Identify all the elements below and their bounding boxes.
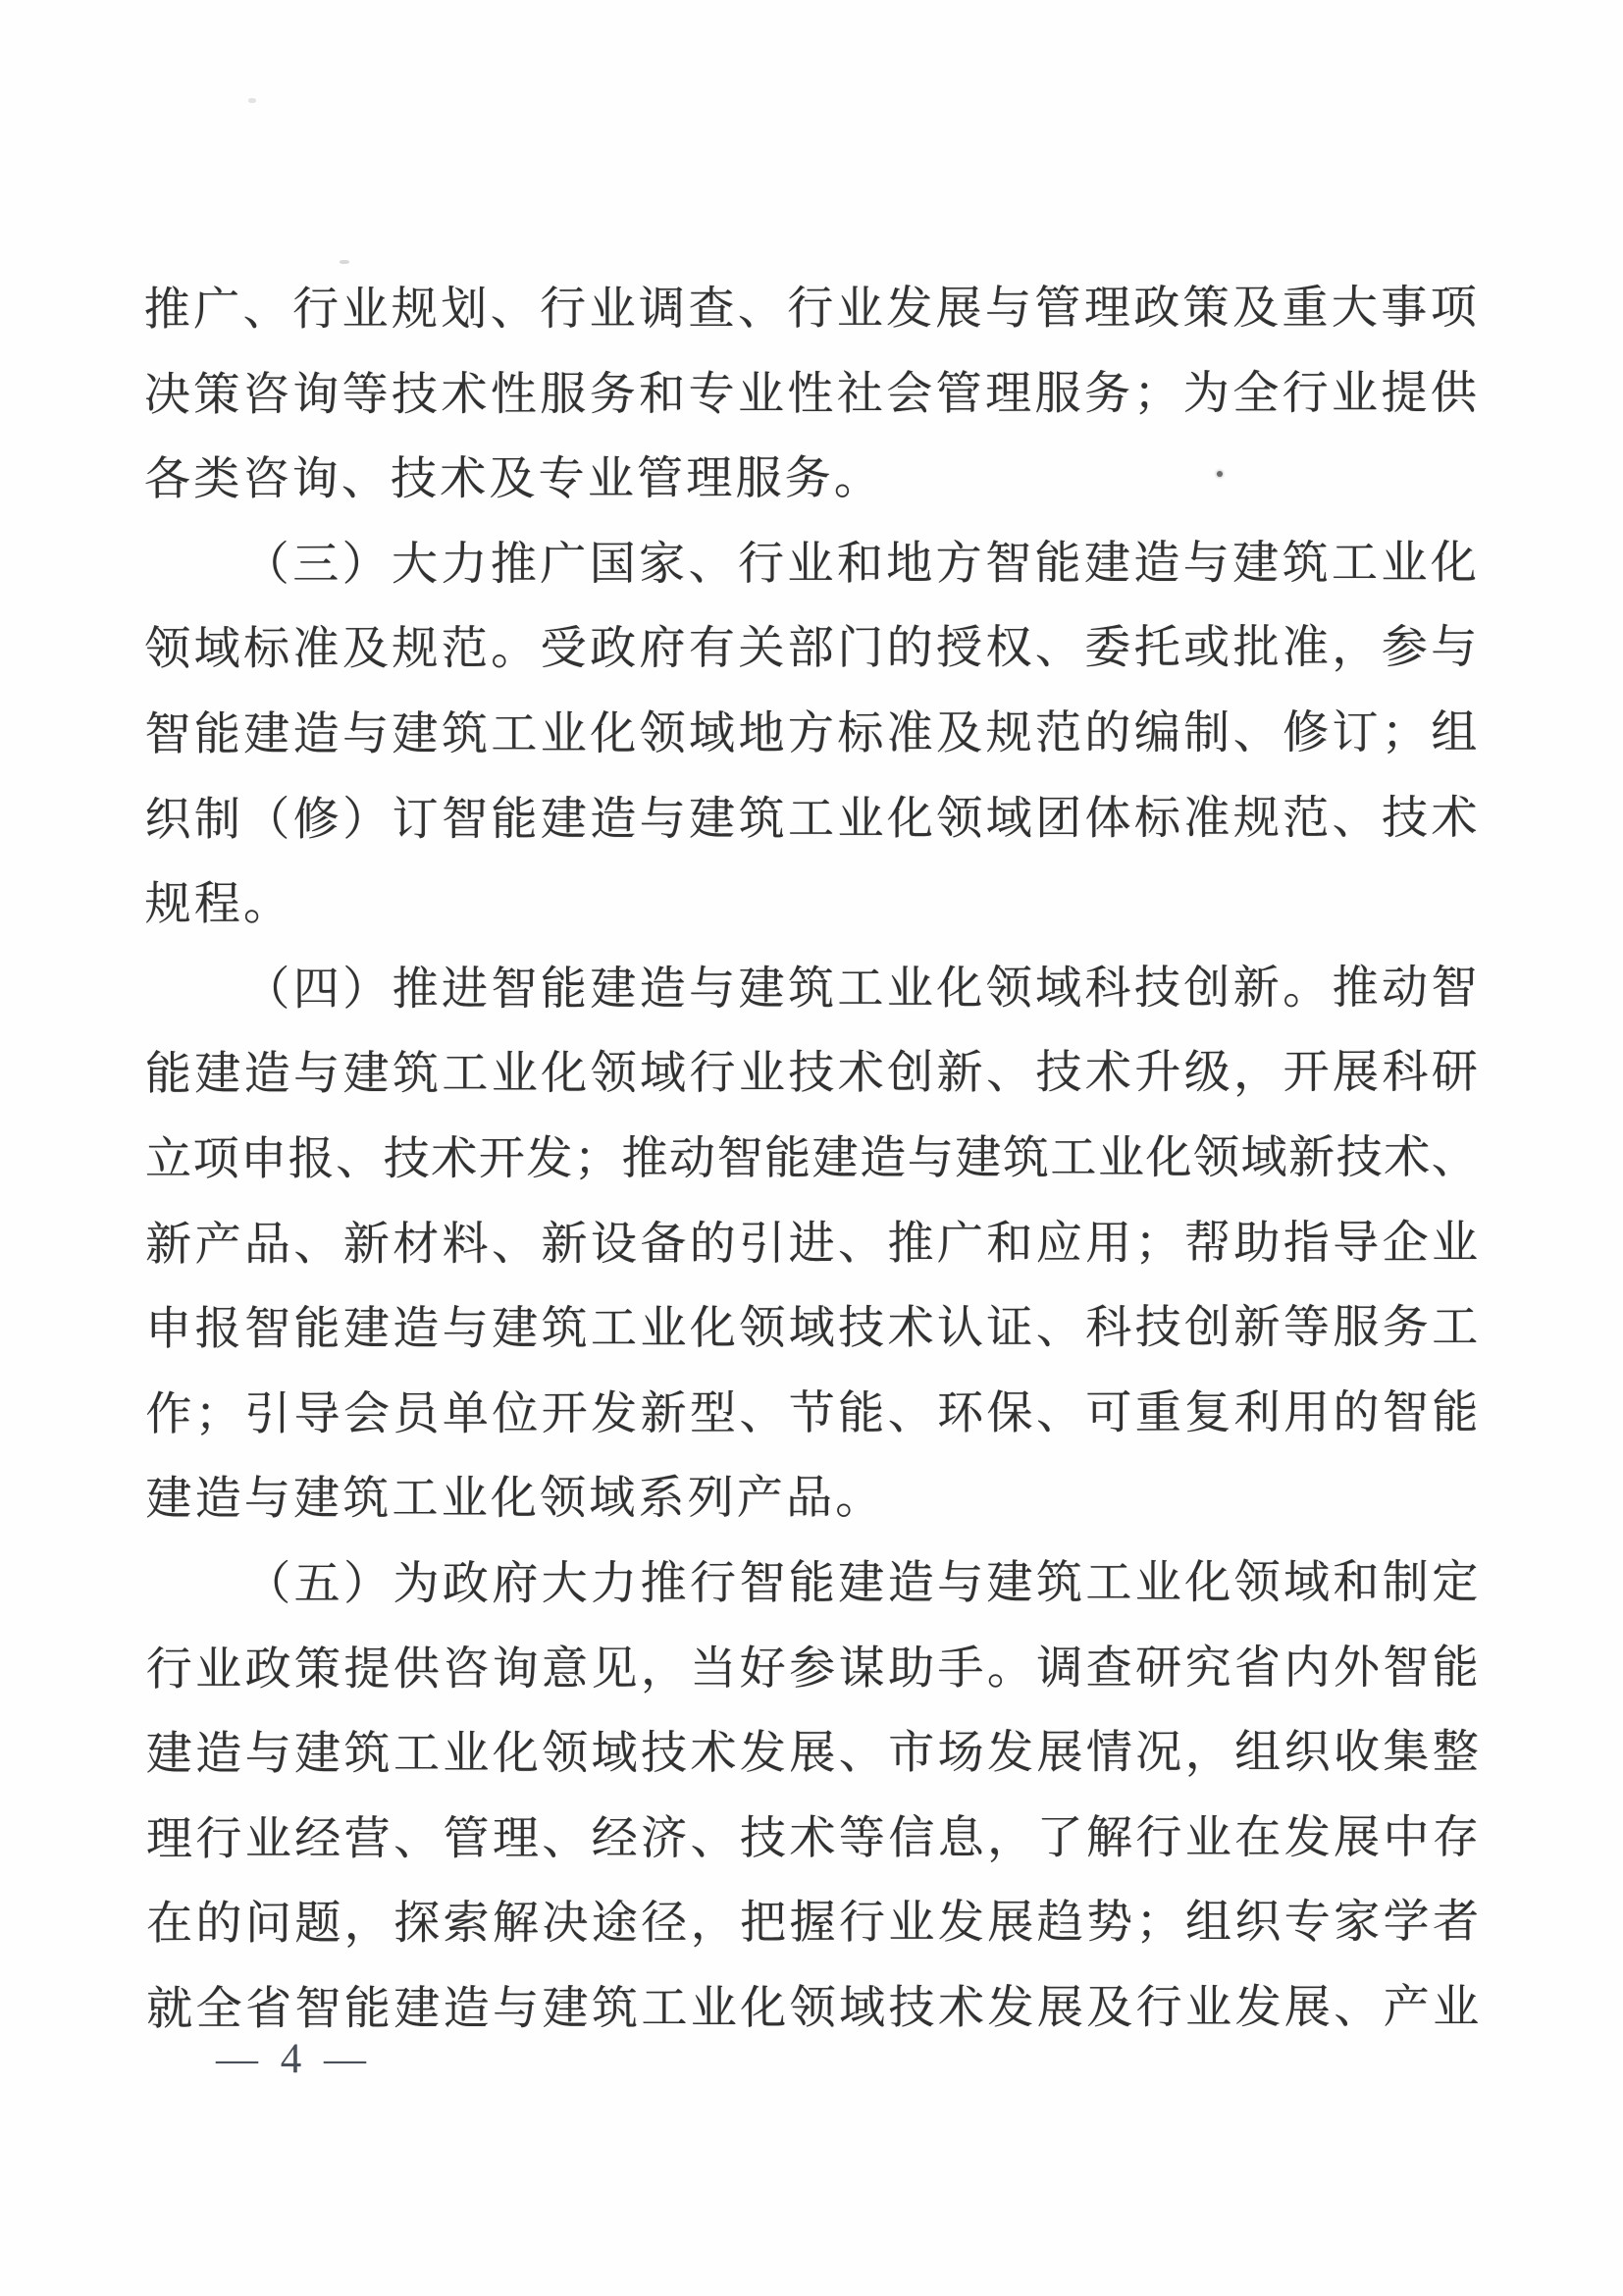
- text-char: 报: [195, 1287, 241, 1373]
- text-char: 专: [688, 352, 734, 438]
- text-char: 领: [986, 946, 1032, 1031]
- text-line: 立项申报、技术开发；推动智能建造与建筑工业化领域新技术、: [145, 1116, 1478, 1202]
- text-char: 发: [740, 1711, 786, 1797]
- text-char: 型: [690, 1372, 736, 1457]
- text-char: 证: [986, 1286, 1032, 1372]
- text-char: 新: [1288, 1116, 1335, 1201]
- text-char: 化: [1431, 521, 1477, 606]
- text-char: 工: [1332, 521, 1378, 606]
- text-char: 工: [1050, 1117, 1096, 1202]
- text-char: 、: [1432, 1116, 1478, 1201]
- text-char: 造: [293, 693, 340, 778]
- text-char: 申: [240, 1118, 287, 1203]
- text-char: 级: [1184, 1031, 1230, 1117]
- text-char: 集: [1383, 1710, 1429, 1796]
- text-char: 询: [292, 352, 339, 438]
- text-line: 建造与建筑工业化领域系列产品。: [145, 1455, 1478, 1541]
- text-char: 域: [1283, 1540, 1330, 1626]
- text-char: 领: [1234, 1540, 1281, 1626]
- text-char: 工: [837, 947, 883, 1032]
- text-char: 术: [1431, 776, 1477, 861]
- text-char: 能: [789, 1541, 835, 1627]
- text-char: 业: [738, 352, 784, 438]
- text-char: ；: [1133, 351, 1179, 437]
- text-char: 术: [888, 1286, 934, 1372]
- text-char: 行: [540, 267, 586, 352]
- text-char: 项: [1431, 266, 1477, 351]
- text-char: 修: [1283, 691, 1329, 776]
- text-char: 行: [787, 267, 833, 352]
- text-char: 社: [837, 351, 883, 437]
- text-char: 筑: [788, 947, 834, 1032]
- text-char: 体: [1084, 776, 1130, 861]
- text-char: 智: [144, 693, 190, 778]
- text-char: 化: [1184, 1540, 1230, 1626]
- text-char: 业: [492, 1032, 538, 1118]
- text-char: 建: [393, 1966, 440, 2052]
- text-char: 理: [493, 1797, 539, 1882]
- text-char: 领: [1193, 1116, 1239, 1201]
- text-char: 策: [294, 1627, 340, 1712]
- text-char: 、: [738, 267, 784, 352]
- text-char: 题: [294, 1882, 340, 1967]
- text-char: 会: [886, 351, 932, 437]
- text-char: 托: [1134, 606, 1180, 692]
- text-char: 家: [639, 522, 685, 607]
- text-char: 帮: [1184, 1201, 1230, 1286]
- text-char: 广: [937, 1201, 983, 1286]
- text-char: 申: [145, 1287, 191, 1373]
- text-char: 究: [1185, 1626, 1231, 1711]
- text-char: 造: [1133, 521, 1179, 606]
- text-char: 业: [1332, 351, 1378, 437]
- text-char: 行: [292, 268, 339, 353]
- text-char: 批: [1232, 606, 1279, 692]
- text-char: 域: [1241, 1116, 1287, 1201]
- text-char: ，: [1332, 606, 1378, 692]
- text-char: 供: [393, 1627, 440, 1712]
- text-char: 推: [621, 1117, 667, 1202]
- text-char: 服: [1333, 1285, 1379, 1371]
- text-char: 升: [1134, 1031, 1180, 1117]
- text-char: 。: [987, 1626, 1033, 1711]
- text-char: 展: [935, 267, 981, 352]
- text-char: 关: [738, 606, 784, 692]
- text-char: 解: [493, 1882, 539, 1967]
- text-char: 业: [887, 947, 933, 1032]
- text-char: 规: [392, 607, 438, 693]
- text-char: 四: [293, 947, 340, 1032]
- text-char: 能: [1433, 1626, 1479, 1711]
- text-char: 与: [443, 1287, 489, 1373]
- text-char: 域: [839, 1966, 885, 2052]
- text-char: 工: [393, 1712, 440, 1798]
- text-char: 智: [491, 947, 537, 1032]
- text-char: 谋: [839, 1626, 885, 1711]
- text-char: 、: [492, 1202, 538, 1287]
- text-char: 化: [493, 1711, 539, 1797]
- text-char: 准: [1183, 776, 1230, 861]
- text-char: 制: [1183, 691, 1230, 776]
- text-char: 场: [938, 1711, 984, 1797]
- text-char: ，: [987, 1796, 1033, 1881]
- text-char: 领: [591, 1032, 637, 1118]
- text-char: 查: [1086, 1626, 1132, 1711]
- text-char: 国: [590, 522, 636, 607]
- text-char: 订: [393, 777, 439, 862]
- text-char: 服: [1034, 351, 1080, 437]
- text-char: ，: [691, 1881, 737, 1966]
- text-char: ）: [342, 522, 389, 607]
- text-char: 领: [936, 776, 982, 861]
- text-char: 及: [342, 607, 389, 693]
- text-char: 助: [1233, 1201, 1280, 1286]
- text-char: 建: [194, 1032, 240, 1118]
- text-char: 导: [294, 1372, 340, 1457]
- text-char: 经: [592, 1797, 638, 1882]
- text-char: 把: [740, 1881, 786, 1966]
- scan-speck: [1217, 471, 1223, 477]
- text-char: 订: [1332, 691, 1378, 776]
- text-char: 设: [591, 1202, 637, 1287]
- text-char: 科: [1084, 946, 1130, 1031]
- text-char: 域: [689, 692, 735, 777]
- text-char: 筑: [393, 1032, 439, 1118]
- text-char: 域: [986, 776, 1032, 861]
- text-char: 、: [1233, 691, 1280, 776]
- text-char: 术: [789, 1797, 835, 1882]
- text-char: ；: [1134, 1201, 1180, 1286]
- text-line: 织制（修）订智能建造与建筑工业化领域团体标准规范、技术: [144, 776, 1477, 862]
- text-char: 策: [193, 352, 239, 438]
- text-char: 能: [1034, 521, 1080, 606]
- text-char: 行: [738, 522, 784, 607]
- text-char: 见: [591, 1627, 637, 1712]
- text-char: 与: [1431, 605, 1477, 691]
- text-char: 的: [887, 606, 933, 692]
- text-char: 筑: [442, 692, 488, 777]
- text-char: 工: [1432, 1285, 1478, 1371]
- text-char: 政: [590, 607, 636, 693]
- text-char: 技: [641, 1711, 687, 1797]
- text-char: 产: [1384, 1965, 1430, 2051]
- text-char: 技: [384, 1117, 430, 1202]
- scanned-document-page: 推广、行业规划、行业调查、行业发展与管理政策及重大事项决策咨询等技术性服务和专业…: [0, 0, 1623, 2296]
- text-char: 握: [790, 1881, 836, 1966]
- text-char: 推: [1333, 946, 1379, 1031]
- text-char: 理: [146, 1798, 192, 1883]
- text-char: 、: [1333, 776, 1379, 861]
- text-char: 领: [790, 1966, 836, 2052]
- text-char: 业: [1185, 1796, 1231, 1881]
- text-char: 、: [243, 268, 289, 353]
- text-char: 筑: [739, 777, 785, 862]
- text-char: 智: [442, 777, 488, 862]
- text-char: 行: [146, 1627, 192, 1712]
- text-char: ）: [342, 947, 389, 1032]
- text-char: 三: [292, 522, 339, 607]
- text-char: 工: [788, 777, 834, 862]
- scan-speck: [248, 98, 256, 103]
- text-char: 术: [838, 1031, 884, 1117]
- text-char: 展: [987, 1881, 1033, 1966]
- text-char: 咨: [443, 1627, 489, 1712]
- text-char: 单: [443, 1372, 489, 1457]
- text-char: 建: [146, 1712, 192, 1798]
- text-char: （: [243, 777, 289, 862]
- text-char: 存: [1433, 1796, 1479, 1881]
- text-char: 为: [393, 1541, 439, 1627]
- text-char: 编: [1134, 691, 1180, 776]
- text-char: 新: [541, 1202, 587, 1287]
- text-char: 规: [392, 268, 438, 353]
- text-char: 、: [739, 1372, 785, 1457]
- text-char: 造: [393, 1287, 439, 1373]
- text-char: 管: [1034, 267, 1080, 352]
- text-char: 用: [1283, 1371, 1330, 1456]
- text-char: 等: [342, 352, 389, 438]
- text-char: 受: [541, 607, 587, 693]
- text-char: 解: [1086, 1796, 1132, 1881]
- text-char: 、: [1036, 1286, 1082, 1372]
- text-char: 组: [1431, 691, 1477, 776]
- text-char: 筑: [1003, 1117, 1049, 1202]
- text-char: 的: [1333, 1371, 1379, 1456]
- text-char: 地: [886, 522, 932, 607]
- text-char: 行: [839, 1881, 885, 1966]
- text-char: 、: [986, 1031, 1032, 1117]
- text-char: 业: [1135, 1540, 1181, 1626]
- text-char: 趋: [1037, 1881, 1083, 1966]
- text-char: 领: [739, 1286, 785, 1372]
- text-char: 行: [1135, 1796, 1181, 1881]
- text-char: 展: [1036, 1711, 1082, 1797]
- text-char: 、: [336, 1118, 382, 1203]
- text-char: 重: [1135, 1371, 1181, 1456]
- text-char: 化: [740, 1966, 786, 2052]
- text-char: 规: [1233, 776, 1280, 861]
- text-char: 务: [1383, 1285, 1429, 1371]
- text-char: 准: [292, 607, 339, 693]
- text-char: 。: [491, 607, 537, 693]
- text-char: 造: [244, 1032, 290, 1118]
- text-char: 、: [1334, 1965, 1380, 2051]
- text-char: 等: [1283, 1285, 1330, 1371]
- text-char: 化: [1145, 1116, 1191, 1201]
- text-char: 化: [690, 1286, 736, 1372]
- text-char: 行: [689, 1031, 735, 1117]
- text-char: 导: [1333, 1201, 1379, 1286]
- text-char: 业: [787, 522, 833, 607]
- text-char: 参: [789, 1626, 835, 1711]
- text-char: 能: [1432, 1371, 1478, 1456]
- text-char: 技: [1134, 946, 1180, 1031]
- text-char: 研: [1432, 1030, 1478, 1116]
- text-char: 、: [542, 1797, 588, 1882]
- text-char: 织: [144, 777, 190, 862]
- text-char: 节: [789, 1372, 835, 1457]
- text-char: 筑: [542, 1286, 588, 1372]
- text-char: 助: [888, 1626, 934, 1711]
- text-char: 推: [887, 1201, 933, 1286]
- text-char: 建: [343, 1287, 390, 1373]
- text-char: 索: [444, 1882, 490, 1967]
- text-char: 团: [1035, 776, 1081, 861]
- text-char: 建: [739, 947, 785, 1032]
- text-char: 建: [590, 947, 636, 1032]
- text-char: 技: [740, 1797, 786, 1882]
- text-char: 发: [1284, 1796, 1331, 1881]
- text-char: 委: [1084, 606, 1130, 692]
- text-char: 化: [590, 692, 636, 777]
- text-char: 济: [641, 1797, 687, 1882]
- text-char: 利: [1234, 1371, 1281, 1456]
- text-char: ；: [1382, 691, 1428, 776]
- text-char: 等: [839, 1797, 885, 1882]
- text-char: 管: [936, 351, 982, 437]
- text-char: 力: [441, 522, 487, 607]
- text-char: 保: [986, 1371, 1032, 1456]
- text-line: 新产品、新材料、新设备的引进、推广和应用；帮助指导企业: [145, 1201, 1478, 1287]
- text-char: 立: [145, 1118, 191, 1203]
- text-char: 建: [492, 1287, 538, 1373]
- text-char: 筑: [343, 1712, 390, 1798]
- text-char: 能: [194, 693, 240, 778]
- text-char: 政: [245, 1627, 291, 1712]
- text-char: 智: [244, 1287, 290, 1373]
- text-line: 在的问题，探索解决途径，把握行业发展趋势；组织专家学者: [146, 1880, 1479, 1966]
- text-char: 业: [590, 267, 636, 352]
- text-char: 方: [936, 522, 982, 607]
- text-char: 业: [245, 1797, 291, 1882]
- text-char: 工: [591, 1286, 637, 1372]
- text-char: 域: [1035, 946, 1081, 1031]
- text-char: 化: [936, 947, 982, 1032]
- text-char: 技: [1336, 1116, 1383, 1201]
- text-char: 信: [888, 1797, 934, 1882]
- text-char: ）: [343, 1542, 390, 1628]
- text-char: 能: [145, 1032, 191, 1118]
- text-char: 收: [1334, 1710, 1380, 1796]
- text-char: 项: [192, 1118, 238, 1203]
- text-char: 筑: [1036, 1541, 1082, 1627]
- text-char: 范: [1035, 692, 1081, 777]
- text-char: 与: [493, 1966, 539, 2052]
- text-char: 创: [887, 1031, 933, 1117]
- text-char: 建: [343, 1032, 390, 1118]
- text-char: 环: [937, 1371, 983, 1456]
- text-char: 业: [691, 1966, 737, 2052]
- text-char: 业: [837, 267, 883, 352]
- text-char: 智: [1383, 1371, 1429, 1456]
- text-char: 工: [442, 1032, 488, 1118]
- text-line: （四）推进智能建造与建筑工业化领域科技创新。推动智: [145, 946, 1478, 1032]
- text-char: 可: [1085, 1371, 1131, 1456]
- text-char: 门: [837, 606, 883, 692]
- text-char: 大: [1332, 266, 1378, 351]
- text-char: 企: [1383, 1201, 1429, 1286]
- text-char: 工: [491, 692, 537, 777]
- text-char: 业: [541, 692, 587, 777]
- text-char: 域: [789, 1286, 835, 1372]
- text-char: 、: [293, 1202, 340, 1287]
- text-char: 息: [938, 1796, 984, 1881]
- text-char: 营: [344, 1797, 391, 1882]
- text-char: 复: [1184, 1371, 1230, 1456]
- text-char: 领: [144, 607, 190, 693]
- text-char: 广: [193, 268, 239, 353]
- text-char: 决: [144, 352, 190, 438]
- text-char: 智: [985, 521, 1031, 606]
- text-line: 作；引导会员单位开发新型、节能、环保、可重复利用的智能: [145, 1371, 1478, 1457]
- text-line: 行业政策提供咨询意见，当好参谋助手。调查研究省内外智能: [146, 1626, 1479, 1712]
- text-char: 开: [542, 1372, 588, 1457]
- text-char: 府: [492, 1541, 538, 1627]
- text-char: 和: [837, 522, 883, 607]
- text-char: 建: [243, 693, 289, 778]
- text-char: 好: [740, 1627, 786, 1712]
- text-char: 建: [689, 777, 735, 862]
- text-char: 市: [888, 1711, 934, 1797]
- text-char: 查: [688, 267, 734, 352]
- text-line: 推广、行业规划、行业调查、行业发展与管理政策及重大事项: [144, 266, 1477, 352]
- text-char: 制: [1383, 1540, 1429, 1626]
- text-char: 产: [194, 1202, 240, 1287]
- text-char: 准: [887, 692, 933, 777]
- text-char: 与: [1183, 521, 1230, 606]
- text-char: 势: [1086, 1881, 1132, 1966]
- text-char: 能: [838, 1372, 884, 1457]
- text-char: 业: [640, 1286, 686, 1372]
- text-char: 员: [393, 1372, 439, 1457]
- text-char: 的: [1084, 692, 1130, 777]
- text-char: 和: [639, 352, 685, 438]
- text-line: 各类咨询、技术及专业管理服务。: [144, 436, 1477, 522]
- text-char: 建: [543, 1966, 589, 2052]
- text-char: 智: [739, 1541, 785, 1627]
- text-char: 修: [293, 777, 340, 862]
- text-char: 引: [244, 1372, 290, 1457]
- text-char: 业: [1432, 1201, 1478, 1286]
- text-char: 及: [1086, 1965, 1132, 2051]
- text-char: 新: [641, 1372, 687, 1457]
- text-char: 调: [1036, 1626, 1082, 1711]
- text-char: ；: [195, 1373, 241, 1458]
- text-char: 意: [542, 1627, 588, 1712]
- text-char: 创: [1184, 1286, 1230, 1372]
- text-char: 能: [491, 777, 537, 862]
- text-char: 中: [1383, 1796, 1429, 1881]
- text-char: 建: [294, 1712, 340, 1798]
- text-char: 技: [838, 1286, 884, 1372]
- text-char: 地: [738, 692, 784, 777]
- text-char: 行: [690, 1541, 736, 1627]
- text-char: 权: [985, 606, 1031, 692]
- text-line: （三）大力推广国家、行业和地方智能建造与建筑工业化: [144, 521, 1477, 607]
- text-char: 行: [195, 1797, 241, 1882]
- document-body: 推广、行业规划、行业调查、行业发展与管理政策及重大事项决策咨询等技术性服务和专业…: [144, 266, 1480, 2052]
- text-char: 提: [1381, 351, 1427, 437]
- text-char: 造: [590, 777, 636, 862]
- text-char: 化: [887, 776, 933, 861]
- text-char: 标: [837, 692, 883, 777]
- text-char: 智: [1383, 1626, 1429, 1711]
- text-char: 备: [640, 1202, 686, 1287]
- text-char: 科: [1382, 1030, 1428, 1116]
- text-char: 术: [1384, 1116, 1430, 1201]
- text-char: 领: [640, 692, 686, 777]
- text-char: 业: [739, 1031, 785, 1117]
